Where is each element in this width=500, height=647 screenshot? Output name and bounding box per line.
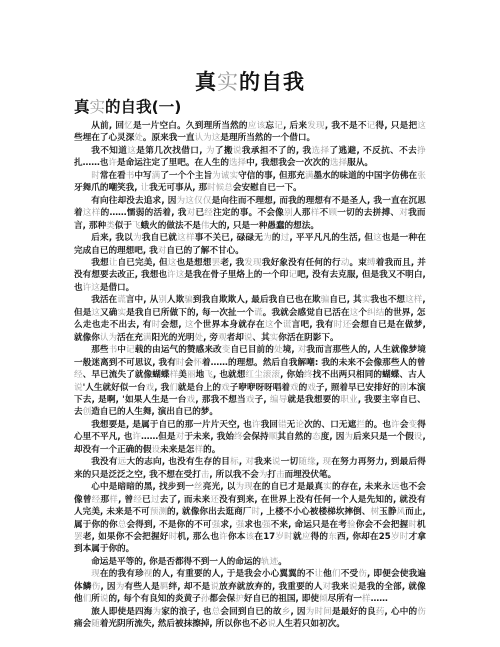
- paragraph: 现在的我有珍视的人, 有重要的人, 于是我会小心翼翼的不让他们不受伤, 即便会使…: [74, 568, 426, 605]
- paragraph: 我不知道这是第几次找借口, 为了搬说我承担不了的, 我选择了逃避, 不反抗、不去…: [74, 145, 426, 170]
- paragraph: 旅人即使是四海为家的浪子, 也总会回到自已的故乡, 因为时间是最好的良药, 心中…: [74, 606, 426, 631]
- paragraph: 那些书中记载的由运气的赞感来改变自已目前的处境, 对我而言那些人的, 人生就像梦…: [74, 344, 426, 419]
- section-heading: 真实的自我(一): [74, 95, 181, 117]
- paragraph: 心中是暗暗的黑, 找步到一丝亮光, 以为现在的自已才是最真实的存在, 未来永远也…: [74, 481, 426, 556]
- paragraph: 时常在看书中写满了一个个主旨为诚实守信的事, 但那充满墨水的味道的中国字仿佛在张…: [74, 170, 426, 195]
- article-body: 从前, 回忆是一片空白。久到理所当然的应该忘记, 后来发现, 我不是不记得, 只…: [74, 120, 426, 631]
- paragraph: 我活在谎言中, 从别人欺骗到我自欺欺人, 最后我自已也在欺骗自已, 其实我也不想…: [74, 294, 426, 344]
- paragraph: 我想要是, 是属于自已的那一片片天空, 也许我回错无论次的、口无遮拦的。也许会变…: [74, 419, 426, 456]
- paragraph: 命运是平等的, 你是否都得不到一人的命运的轨迹。: [74, 556, 426, 568]
- document-title: 真实的自我: [0, 66, 500, 96]
- paragraph: 从前, 回忆是一片空白。久到理所当然的应该忘记, 后来发现, 我不是不记得, 只…: [74, 120, 426, 145]
- paragraph: 后来, 我以为我自已就这样事不关已, 碌碌无为的过, 平平凡凡的生活, 但这也是…: [74, 232, 426, 257]
- paragraph: 我没有远大的志向, 也没有生存的目标, 对我来说一切随缘, 现在努力再努力, 到…: [74, 456, 426, 481]
- paragraph: 有向往却没去追求, 因为这仅仅是向往而不理想, 而我的理想有不是圣人, 我一直在…: [74, 195, 426, 232]
- paragraph: 我想让自已完美, 但这也是想想罢老, 我发现我好象没有任何的行动。束缚着我而且,…: [74, 257, 426, 294]
